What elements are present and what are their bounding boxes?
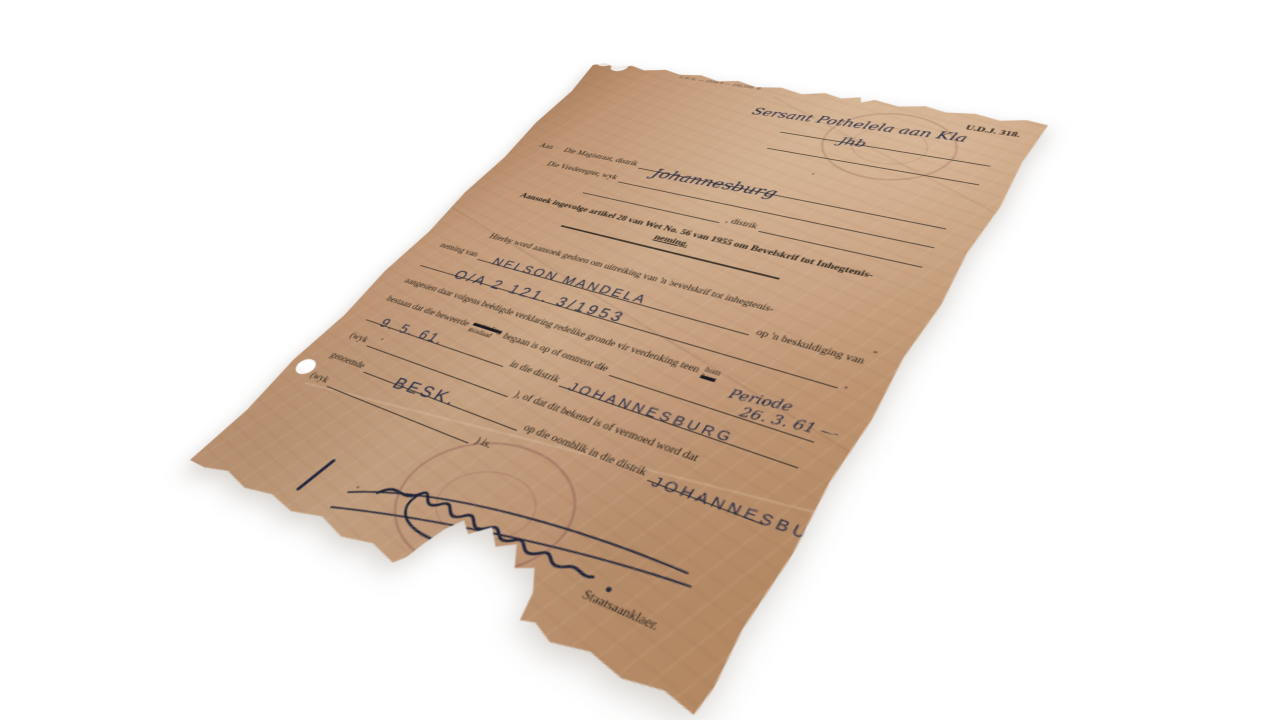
hom-haar-choice: hom haar xyxy=(699,367,723,384)
district-blank-2 xyxy=(758,223,928,268)
body-text: in die distrik xyxy=(507,359,563,385)
paper-sheet: G.P.-S. — 1958-9 — 250,000. B. U.D.J. 31… xyxy=(190,60,1050,718)
body-text: ) is. xyxy=(472,435,495,451)
body-text: genoemde xyxy=(327,350,368,371)
addressee-row-justice: Die Vrederegter, wyk xyxy=(523,155,940,248)
margin-pen-mark xyxy=(296,459,336,491)
body-text: neming van xyxy=(437,241,481,259)
handwritten-top-annotation-2: Jhb xyxy=(836,136,869,150)
body-text: , xyxy=(843,379,853,391)
paper-speck xyxy=(873,351,878,354)
paper-speck xyxy=(812,173,815,175)
offence-choice: oortreding misdaad xyxy=(467,321,504,340)
photo-stage: G.P.-S. — 1958-9 — 250,000. B. U.D.J. 31… xyxy=(0,0,1280,720)
form-number: U.D.J. 318. xyxy=(963,125,1021,140)
punch-hole xyxy=(595,60,615,66)
printers-code: G.P.-S. — 1958-9 — 250,000. B. xyxy=(678,76,764,91)
district-label: , distrik xyxy=(723,216,759,231)
aan-label: Aan xyxy=(537,142,556,151)
document-photo: G.P.-S. — 1958-9 — 250,000. B. U.D.J. 31… xyxy=(190,60,1050,718)
punch-hole xyxy=(608,63,630,72)
